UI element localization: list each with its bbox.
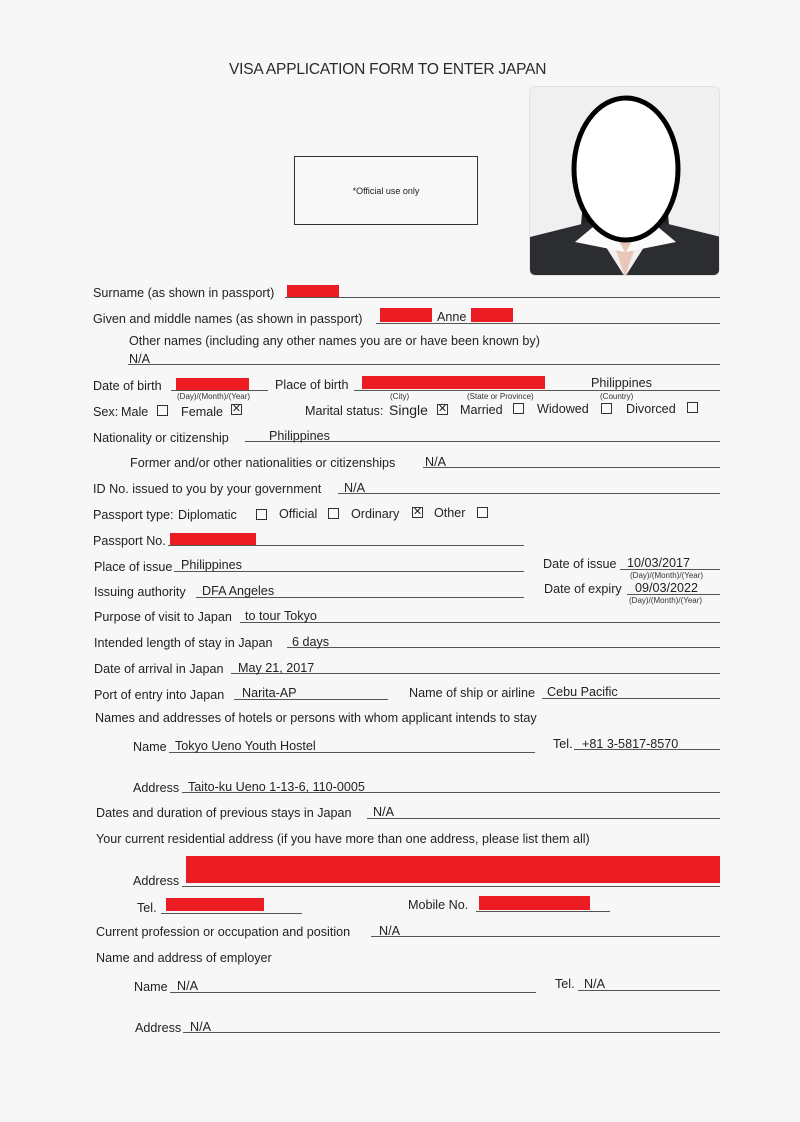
- employer-address-field[interactable]: [183, 1032, 720, 1033]
- passport-no-field[interactable]: [168, 545, 524, 546]
- dob-redaction: [176, 378, 249, 390]
- other-names-label: Other names (including any other names y…: [129, 334, 540, 348]
- hotel-section-label: Names and addresses of hotels or persons…: [95, 711, 537, 725]
- other-names-field[interactable]: [128, 364, 720, 365]
- passport-no-redaction: [170, 533, 256, 545]
- pob-country-hint: (Country): [600, 392, 633, 401]
- portrait-icon: [530, 87, 720, 276]
- dob-field[interactable]: [171, 390, 268, 391]
- employer-name-value: N/A: [177, 979, 198, 993]
- given-names-label: Given and middle names (as shown in pass…: [93, 312, 363, 326]
- date-of-issue-hint: (Day)/(Month)/(Year): [630, 571, 703, 580]
- passport-ordinary-label: Ordinary: [351, 507, 399, 521]
- marital-married-checkbox[interactable]: [513, 403, 524, 414]
- employer-tel-label: Tel.: [555, 977, 575, 991]
- date-of-expiry-label: Date of expiry: [544, 582, 622, 596]
- hotel-address-value: Taito-ku Ueno 1-13-6, 110-0005: [188, 780, 365, 794]
- gov-id-label: ID No. issued to you by your government: [93, 482, 321, 496]
- marital-status-label: Marital status:: [305, 404, 383, 418]
- applicant-photo: [529, 86, 720, 276]
- nationality-label: Nationality or citizenship: [93, 431, 229, 445]
- former-nationalities-label: Former and/or other nationalities or cit…: [130, 456, 395, 470]
- passport-diplomatic-label: Diplomatic: [178, 508, 237, 522]
- residential-section-label: Your current residential address (if you…: [96, 832, 590, 846]
- given-names-field[interactable]: [376, 323, 720, 324]
- port-of-entry-label: Port of entry into Japan: [94, 688, 224, 702]
- nationality-value: Philippines: [269, 429, 330, 443]
- employer-tel-value: N/A: [584, 977, 605, 991]
- passport-type-label: Passport type:: [93, 508, 174, 522]
- profession-label: Current profession or occupation and pos…: [96, 925, 350, 939]
- marital-single-label: Single: [389, 402, 428, 418]
- employer-address-label: Address: [135, 1021, 181, 1035]
- arrival-date-label: Date of arrival in Japan: [94, 662, 224, 676]
- pob-label: Place of birth: [275, 378, 349, 392]
- pob-field[interactable]: [354, 390, 720, 391]
- employer-name-label: Name: [134, 980, 168, 994]
- pob-redaction: [362, 376, 545, 389]
- marital-divorced-label: Divorced: [626, 402, 676, 416]
- length-of-stay-value: 6 days: [292, 635, 329, 649]
- passport-other-label: Other: [434, 506, 466, 520]
- place-of-issue-label: Place of issue: [94, 560, 172, 574]
- gov-id-field[interactable]: [338, 493, 720, 494]
- employer-address-value: N/A: [190, 1020, 211, 1034]
- issuing-authority-value: DFA Angeles: [202, 584, 274, 598]
- date-of-expiry-hint: (Day)/(Month)/(Year): [629, 596, 702, 605]
- employer-section-label: Name and address of employer: [96, 951, 272, 965]
- res-address-field[interactable]: [182, 886, 720, 887]
- previous-stays-field[interactable]: [367, 818, 720, 819]
- hotel-name-label: Name: [133, 740, 167, 754]
- profession-value: N/A: [379, 924, 400, 938]
- form-title: VISA APPLICATION FORM TO ENTER JAPAN: [229, 61, 546, 79]
- date-of-issue-label: Date of issue: [543, 557, 617, 571]
- length-of-stay-field[interactable]: [287, 647, 720, 648]
- sex-female-checkbox[interactable]: ✕: [231, 404, 242, 415]
- official-use-box: *Official use only: [294, 156, 478, 225]
- place-of-issue-value: Philippines: [181, 558, 242, 572]
- date-of-issue-value: 10/03/2017: [627, 556, 690, 570]
- res-mobile-label: Mobile No.: [408, 898, 468, 912]
- dob-label: Date of birth: [93, 379, 162, 393]
- res-tel-field[interactable]: [161, 913, 302, 914]
- marital-divorced-checkbox[interactable]: [687, 402, 698, 413]
- airline-label: Name of ship or airline: [409, 686, 535, 700]
- official-use-label: *Official use only: [353, 186, 420, 196]
- res-tel-label: Tel.: [137, 901, 157, 915]
- given-name-redaction: [380, 308, 432, 322]
- port-of-entry-value: Narita-AP: [242, 686, 297, 700]
- passport-diplomatic-checkbox[interactable]: [256, 509, 267, 520]
- passport-official-label: Official: [279, 507, 317, 521]
- hotel-address-label: Address: [133, 781, 179, 795]
- surname-label: Surname (as shown in passport): [93, 286, 274, 300]
- hotel-tel-label: Tel.: [553, 737, 573, 751]
- surname-field[interactable]: [285, 297, 720, 298]
- res-mobile-redaction: [479, 896, 590, 910]
- length-of-stay-label: Intended length of stay in Japan: [94, 636, 273, 650]
- former-nationalities-field[interactable]: [423, 467, 720, 468]
- sex-label: Sex:: [93, 405, 118, 419]
- purpose-value: to tour Tokyo: [245, 609, 317, 623]
- surname-redaction: [287, 285, 339, 297]
- middle-name-redaction: [471, 308, 513, 322]
- res-mobile-field[interactable]: [476, 911, 610, 912]
- marital-married-label: Married: [460, 403, 503, 417]
- previous-stays-label: Dates and duration of previous stays in …: [96, 806, 352, 820]
- res-tel-redaction: [166, 898, 264, 911]
- res-address-redaction: [186, 856, 720, 883]
- dob-hint: (Day)/(Month)/(Year): [177, 392, 250, 401]
- passport-official-checkbox[interactable]: [328, 508, 339, 519]
- airline-value: Cebu Pacific: [547, 685, 618, 699]
- marital-widowed-label: Widowed: [537, 402, 589, 416]
- date-of-expiry-value: 09/03/2022: [635, 581, 698, 595]
- marital-single-checkbox[interactable]: ✕: [437, 404, 448, 415]
- passport-ordinary-checkbox[interactable]: ✕: [412, 507, 423, 518]
- passport-other-checkbox[interactable]: [477, 507, 488, 518]
- previous-stays-value: N/A: [373, 805, 394, 819]
- purpose-label: Purpose of visit to Japan: [94, 610, 232, 624]
- pob-city-hint: (City): [390, 392, 409, 401]
- marital-widowed-checkbox[interactable]: [601, 403, 612, 414]
- res-address-label: Address: [133, 874, 179, 888]
- pob-state-hint: (State or Province): [467, 392, 534, 401]
- hotel-tel-value: +81 3-5817-8570: [582, 737, 678, 751]
- pob-country-value: Philippines: [591, 376, 652, 390]
- sex-female-label: Female: [181, 405, 223, 419]
- passport-no-label: Passport No.: [93, 534, 166, 548]
- former-nationalities-value: N/A: [425, 455, 446, 469]
- arrival-date-value: May 21, 2017: [238, 661, 314, 675]
- given-names-value: Anne: [437, 310, 466, 324]
- hotel-name-value: Tokyo Ueno Youth Hostel: [175, 739, 316, 753]
- issuing-authority-label: Issuing authority: [94, 585, 186, 599]
- sex-male-label: Male: [121, 405, 148, 419]
- gov-id-value: N/A: [344, 481, 365, 495]
- sex-male-checkbox[interactable]: [157, 405, 168, 416]
- profession-field[interactable]: [371, 936, 720, 937]
- employer-name-field[interactable]: [170, 992, 536, 993]
